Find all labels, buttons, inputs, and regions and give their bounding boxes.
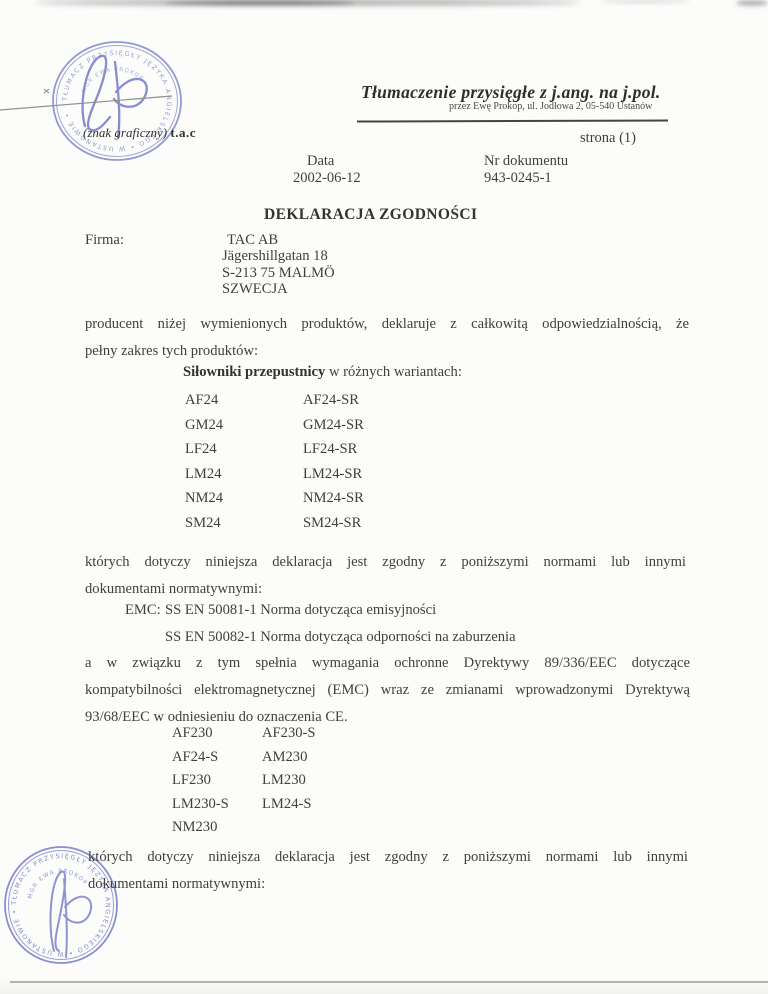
doc-number-label: Nr dokumentu	[484, 153, 568, 170]
paragraph-line: producent niżej wymienionych produktów, …	[85, 311, 689, 338]
product-row: SM24SM24-SR	[185, 511, 364, 536]
product-row: LM230-SLM24-S	[172, 793, 316, 817]
product-code: GM24	[185, 413, 303, 438]
product-code: LM24-SR	[303, 466, 362, 482]
products-heading-rest: w różnych wariantach:	[325, 364, 462, 380]
graphic-mark-name: t.a.c	[170, 125, 196, 140]
paragraph-line: a w związku z tym spełnia wymagania ochr…	[85, 650, 690, 677]
page-edge-line	[10, 981, 768, 983]
graphic-mark-caption: (znak graficzny) t.a.c	[83, 125, 196, 141]
company-address-line: SZWECJA	[222, 281, 335, 297]
product-code: SM24-SR	[303, 515, 361, 531]
product-code: LM230	[262, 772, 306, 788]
product-code: NM24	[185, 486, 303, 511]
standard-text: SS EN 50082-1 Norma dotycząca odporności…	[165, 629, 516, 645]
scan-artifact-top	[0, 0, 768, 11]
standard-text: SS EN 50081-1 Norma dotycząca emisyjnośc…	[165, 602, 436, 618]
translator-address-line: przez Ewę Prokop, ul. Jodłowa 2, 05-540 …	[449, 101, 652, 112]
company-address-line: S-213 75 MALMÖ	[222, 265, 335, 281]
standard-line: EMC:SS EN 50081-1 Norma dotycząca emisyj…	[125, 597, 516, 624]
product-row: LM24LM24-SR	[185, 462, 364, 487]
stamp-inner-text: MGR EWA PROKOP	[28, 869, 89, 900]
paragraph-line: pełny zakres tych produktów:	[85, 338, 689, 365]
date-block: Data 2002-06-12	[293, 153, 361, 186]
date-label: Data	[293, 153, 361, 170]
conformity-paragraph: których dotyczy niniejsza deklaracja jes…	[85, 549, 686, 603]
product-code: LM24-S	[262, 796, 311, 812]
product-code: GM24-SR	[303, 417, 364, 433]
company-address-line: Jägershillgatan 18	[222, 248, 335, 264]
product-list-24v: AF24AF24-SR GM24GM24-SR LF24LF24-SR LM24…	[185, 388, 364, 535]
product-row: GM24GM24-SR	[185, 413, 364, 438]
product-code: AF24	[185, 388, 303, 413]
paragraph-line: których dotyczy niniejsza deklaracja jes…	[88, 844, 688, 871]
translation-title: Tłumaczenie przysięgłe z j.ang. na j.pol…	[361, 82, 661, 103]
page-number-label: strona (1)	[534, 130, 636, 147]
product-code: AF230-S	[262, 725, 316, 741]
doc-number-block: Nr dokumentu 943-0245-1	[484, 153, 568, 186]
product-code: LM24	[185, 462, 303, 487]
product-list-230v: AF230AF230-S AF24-SAM230 LF230LM230 LM23…	[172, 722, 316, 840]
product-row: AF24AF24-SR	[185, 388, 364, 413]
document-title: DEKLARACJA ZGODNOŚCI	[264, 206, 477, 224]
product-code: LF230	[172, 769, 262, 793]
product-row: NM24NM24-SR	[185, 486, 364, 511]
svg-text:MGR EWA PROKOP: MGR EWA PROKOP	[28, 869, 89, 900]
product-code: AF24-SR	[303, 392, 359, 408]
product-row: LF230LM230	[172, 769, 316, 793]
doc-number-value: 943-0245-1	[484, 170, 568, 187]
product-code: AF24-S	[172, 746, 262, 770]
product-code: AM230	[262, 749, 307, 765]
standard-line: SS EN 50082-1 Norma dotycząca odporności…	[125, 624, 516, 651]
product-code: LF24	[185, 437, 303, 462]
emc-standards-block: EMC:SS EN 50081-1 Norma dotycząca emisyj…	[125, 597, 516, 651]
products-heading-bold: Siłowniki przepustnicy	[183, 364, 325, 380]
pen-stroke-line	[0, 84, 178, 120]
paragraph-line: dokumentami normatywnymi:	[88, 871, 688, 898]
company-address-block: TAC AB Jägershillgatan 18 S-213 75 MALMÖ…	[222, 232, 335, 297]
scan-artifact-bottom	[0, 977, 768, 994]
conformity-paragraph-2: których dotyczy niniejsza deklaracja jes…	[88, 844, 688, 898]
directive-paragraph: a w związku z tym spełnia wymagania ochr…	[85, 650, 690, 730]
product-code: LM230-S	[172, 793, 262, 817]
product-code: SM24	[185, 511, 303, 536]
product-code: LF24-SR	[303, 441, 357, 457]
product-row: AF24-SAM230	[172, 746, 316, 770]
scanned-document-page: TŁUMACZ PRZYSIĘGŁY JĘZYKA ANGIELSKIEGO •…	[0, 0, 768, 994]
company-label: Firma:	[85, 232, 124, 249]
product-row: NM230	[172, 816, 316, 840]
product-row: LF24LF24-SR	[185, 437, 364, 462]
emc-label: EMC:	[125, 597, 165, 624]
header-divider	[357, 119, 668, 122]
date-value: 2002-06-12	[293, 170, 361, 187]
products-heading: Siłowniki przepustnicy w różnych wariant…	[183, 364, 462, 381]
company-name: TAC AB	[227, 232, 335, 248]
product-code: AF230	[172, 722, 262, 746]
product-row: AF230AF230-S	[172, 722, 316, 746]
graphic-mark-label: (znak graficzny)	[83, 125, 167, 140]
intro-paragraph: producent niżej wymienionych produktów, …	[85, 311, 689, 365]
paragraph-line: kompatybilności elektromagnetycznej (EMC…	[85, 677, 690, 704]
paragraph-line: których dotyczy niniejsza deklaracja jes…	[85, 549, 686, 576]
product-code: NM24-SR	[303, 490, 364, 506]
product-code: NM230	[172, 816, 262, 840]
